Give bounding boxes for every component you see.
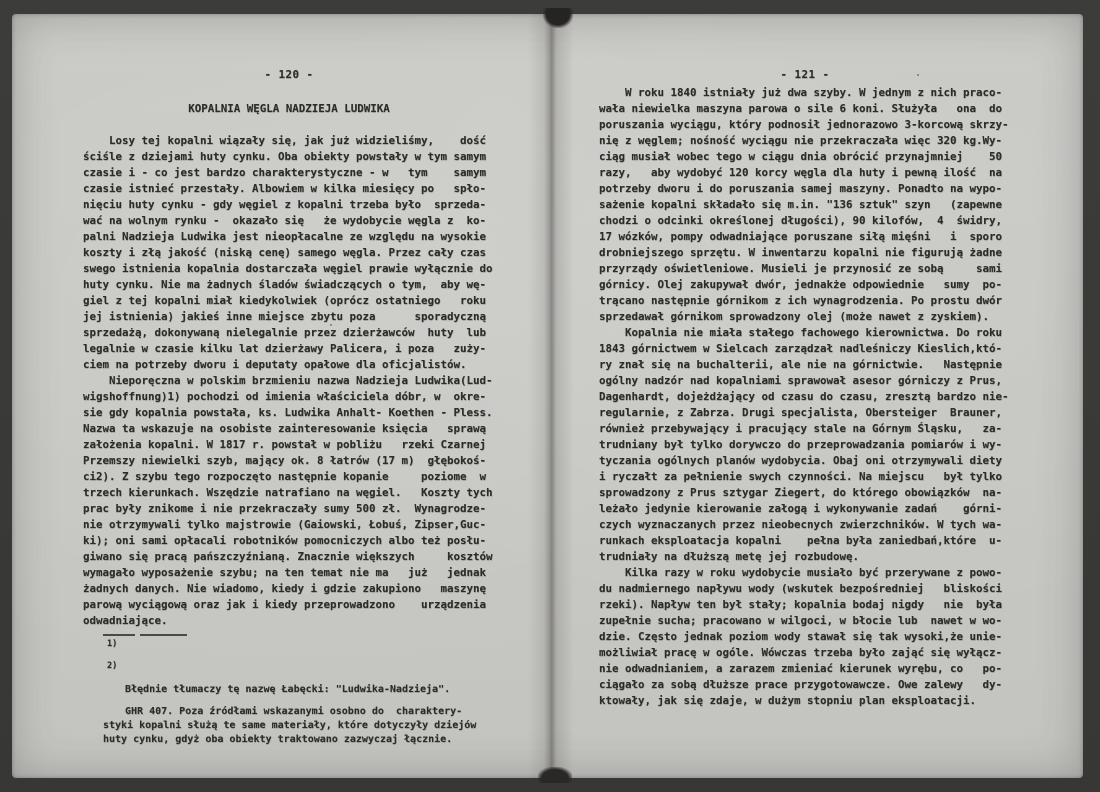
page-number-right: - 121 -: [599, 68, 1011, 81]
footnote-2-marker: 2): [107, 659, 117, 673]
scan-speck: [798, 172, 800, 175]
page-area: - 120 - KOPALNIA WĘGLA NADZIEJA LUDWIKA …: [12, 14, 1083, 778]
binding-notch-bottom: [538, 767, 572, 783]
footnote-2-text: GHR 407. Poza źródłami wskazanymi osobno…: [103, 705, 503, 747]
book-scan-spread: - 120 - KOPALNIA WĘGLA NADZIEJA LUDWIKA …: [0, 0, 1100, 792]
scan-speck: [917, 74, 919, 76]
page-number-left: - 120 -: [83, 68, 495, 81]
binding-gutter-shadow: [528, 14, 574, 778]
binding-notch-top: [543, 8, 573, 28]
footnote-rule: [103, 634, 187, 636]
scan-speck: [330, 324, 332, 326]
chapter-title: KOPALNIA WĘGLA NADZIEJA LUDWIKA: [83, 102, 495, 115]
body-text-left: Losy tej kopalni wiązały się, jak już wi…: [83, 133, 499, 629]
footnote-2: 2) GHR 407. Poza źródłami wskazanymi oso…: [103, 663, 503, 775]
footnote-1-marker: 1): [107, 637, 117, 651]
body-text-right: W roku 1840 istniały już dwa szyby. W je…: [599, 85, 1015, 709]
